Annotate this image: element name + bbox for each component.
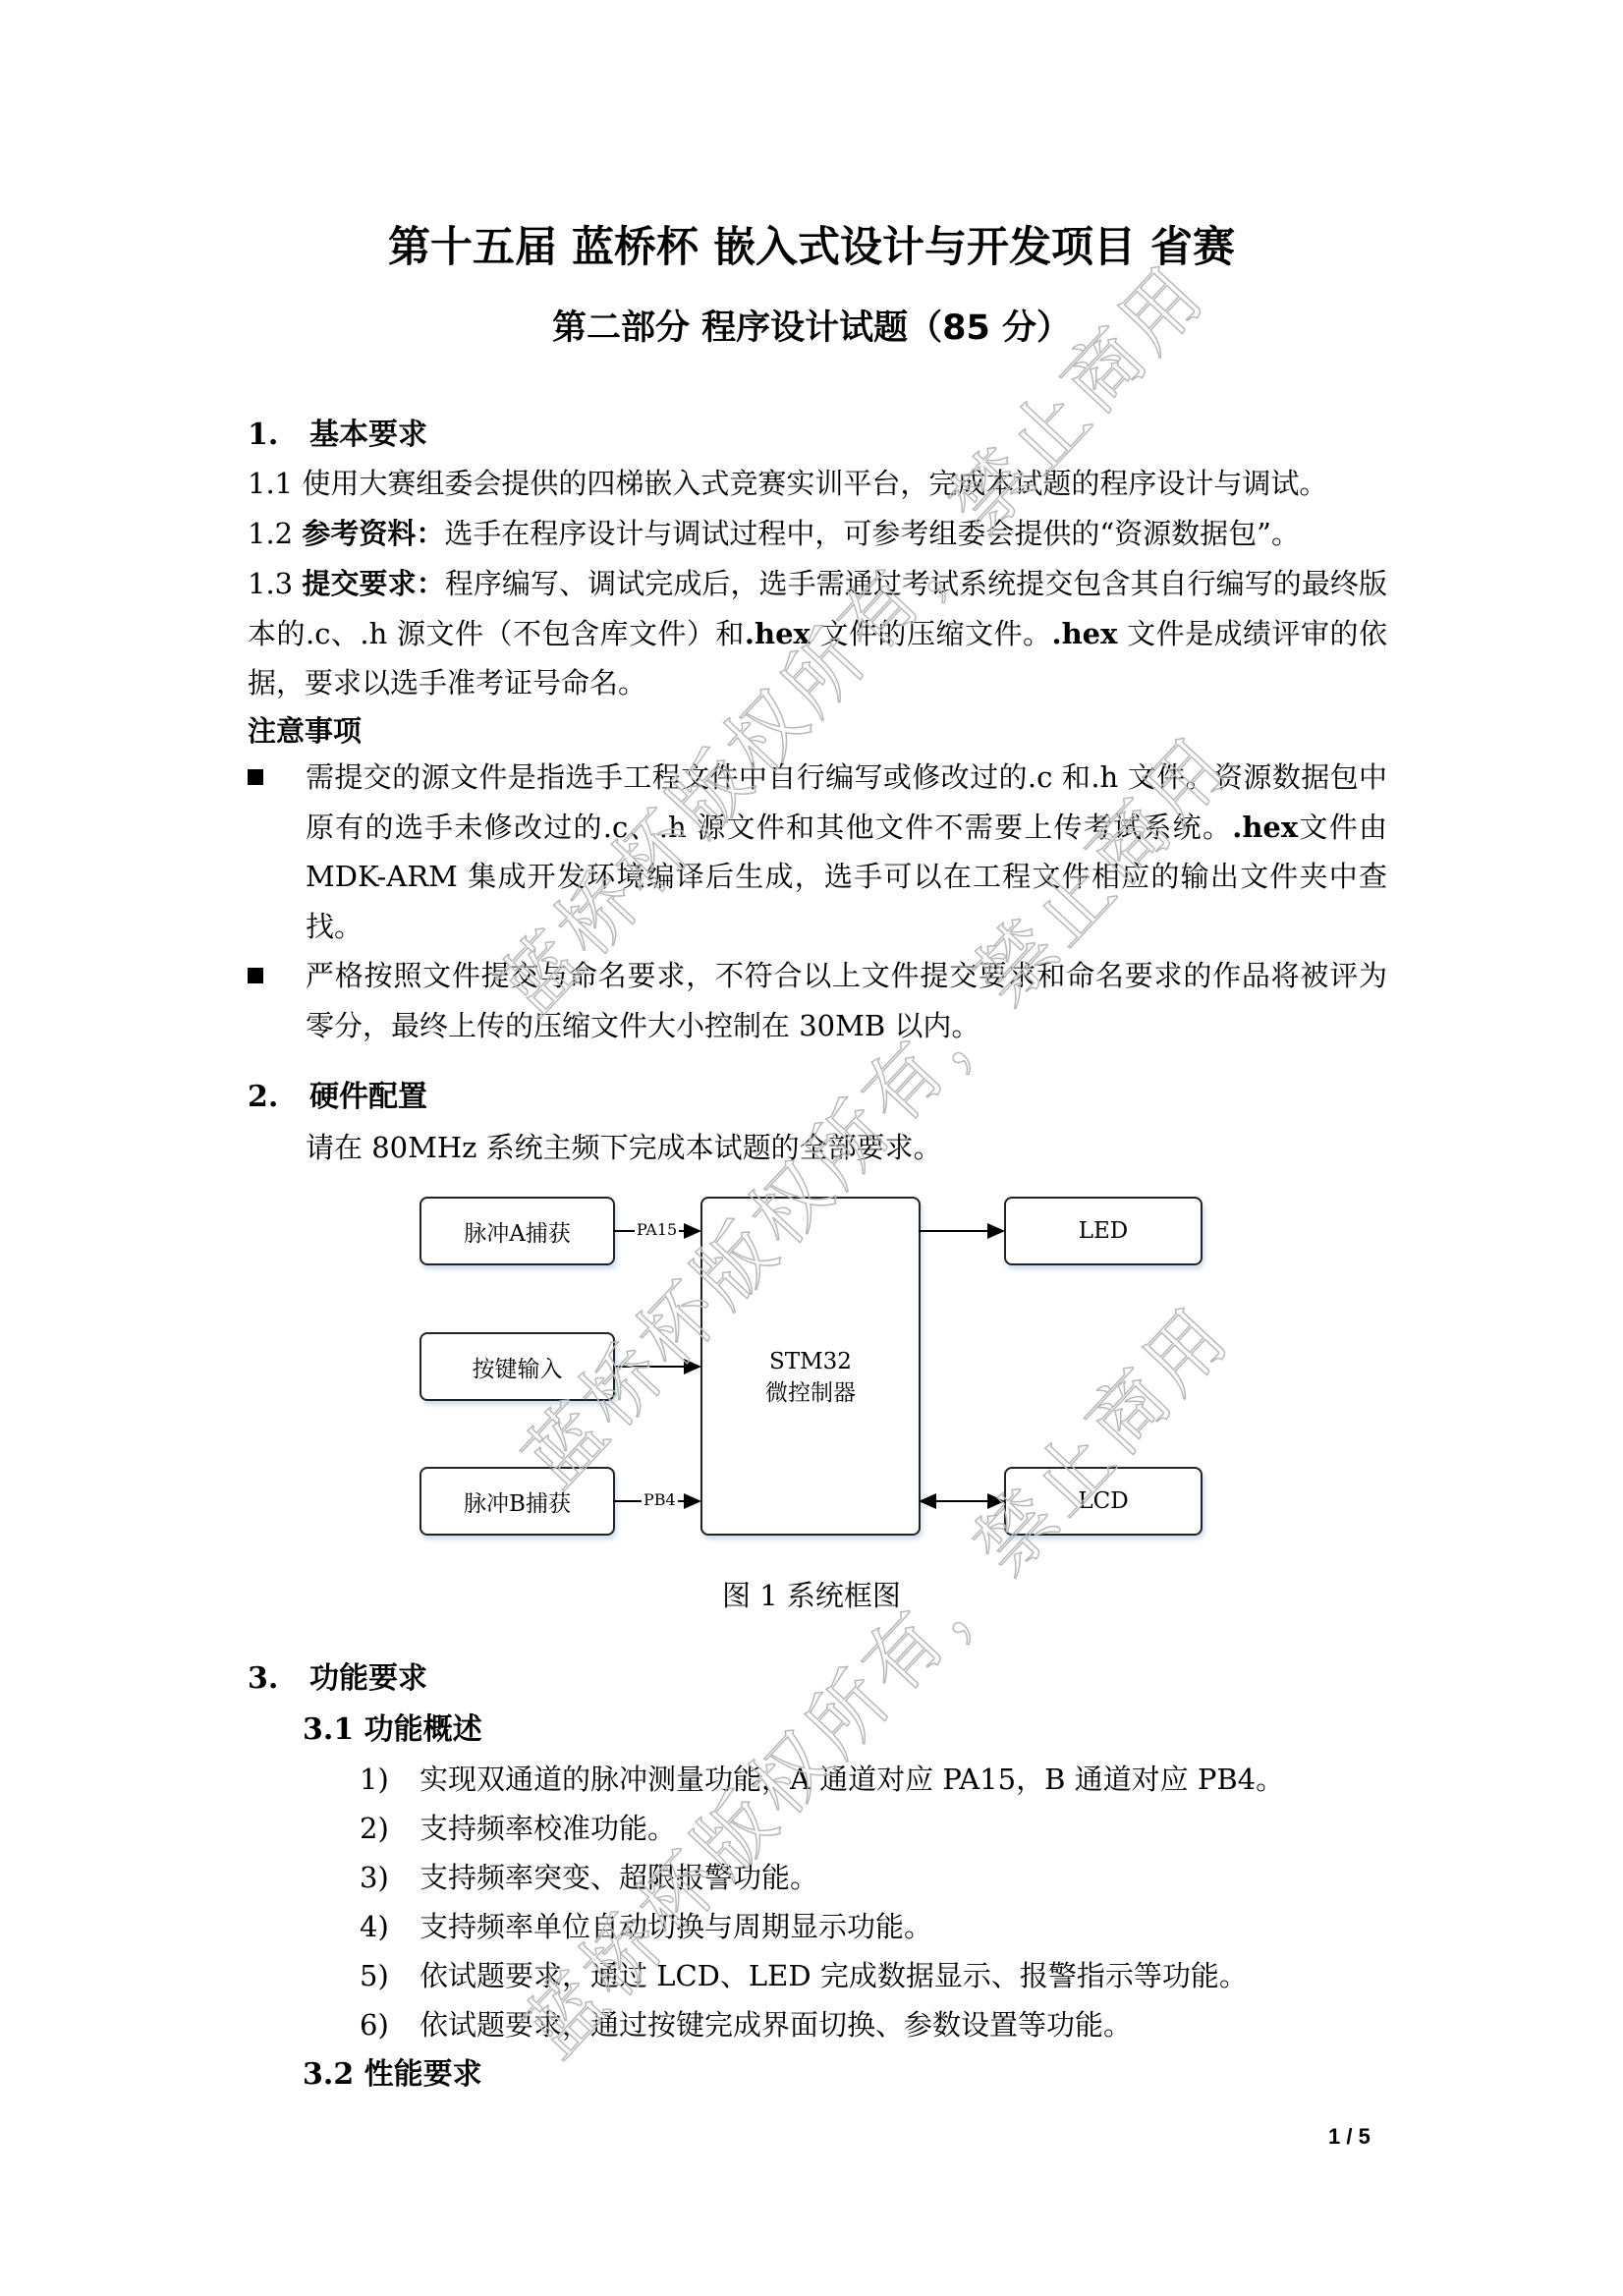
item-number: 1) — [360, 1755, 420, 1804]
note-text-part: 需提交的源文件是指选手工程文件中自行编写或修改过的.c 和.h 文件。资源数据包… — [306, 760, 1387, 844]
page-number: 1 / 5 — [1328, 2124, 1371, 2150]
arrow-left-icon — [919, 1493, 936, 1509]
led-block: LED — [1004, 1197, 1203, 1265]
item-number: 3) — [360, 1853, 420, 1902]
item-number: 6) — [360, 2000, 420, 2049]
hex-extension: .hex — [745, 617, 811, 650]
document-subtitle: 第二部分 程序设计试题（85 分） — [0, 301, 1623, 350]
square-bullet-icon — [248, 769, 263, 785]
arrow-right-icon — [684, 1493, 701, 1509]
section-number: 2. — [248, 1073, 309, 1122]
item-text: 依试题要求，通过按键完成界面切换、参数设置等功能。 — [420, 2008, 1132, 2042]
arrow-right-icon — [684, 1359, 701, 1374]
section-title: 基本要求 — [309, 418, 427, 452]
paragraph-1-1: 1.1 使用大赛组委会提供的四梯嵌入式竞赛实训平台，完成本试题的程序设计与调试。 — [248, 459, 1387, 509]
item-number: 2) — [360, 1804, 420, 1853]
arrow-right-icon — [684, 1223, 701, 1239]
paragraph-1-2: 1.2 参考资料：选手在程序设计与调试过程中，可参考组委会提供的“资源数据包”。 — [248, 509, 1387, 559]
feature-list-item: 4)支持频率单位自动切换与周期显示功能。 — [360, 1902, 932, 1951]
document-page: 第十五届 蓝桥杯 嵌入式设计与开发项目 省赛 第二部分 程序设计试题（85 分）… — [0, 0, 1623, 2296]
section-title: 功能要求 — [309, 1661, 427, 1696]
mcu-label-line1: STM32 — [702, 1346, 919, 1377]
paragraph-prefix: 1.2 — [248, 517, 302, 550]
item-number: 5) — [360, 1951, 420, 2000]
hex-extension: .hex — [1051, 617, 1117, 650]
paragraph-bold-label: 提交要求： — [302, 567, 444, 600]
connector-led — [919, 1230, 989, 1232]
arrow-right-icon — [987, 1223, 1005, 1239]
mcu-label: STM32 微控制器 — [702, 1346, 919, 1409]
section-3-heading: 3.功能要求 — [248, 1654, 427, 1704]
feature-list-item: 6)依试题要求，通过按键完成界面切换、参数设置等功能。 — [360, 2000, 1132, 2049]
paragraph-prefix: 1.3 — [248, 567, 302, 600]
item-text: 支持频率校准功能。 — [420, 1812, 676, 1845]
feature-list-item: 3)支持频率突变、超限报警功能。 — [360, 1853, 818, 1902]
paragraph-text: 选手在程序设计与调试过程中，可参考组委会提供的“资源数据包”。 — [444, 517, 1300, 550]
item-text: 支持频率单位自动切换与周期显示功能。 — [420, 1910, 932, 1943]
notes-heading: 注意事项 — [248, 706, 362, 756]
section-1-heading: 1.基本要求 — [248, 411, 427, 460]
feature-list-item: 5)依试题要求，通过 LCD、LED 完成数据显示、报警指示等功能。 — [360, 1951, 1248, 2000]
hex-extension: .hex — [1232, 811, 1298, 844]
arrow-right-icon — [987, 1493, 1005, 1509]
item-number: 4) — [360, 1902, 420, 1951]
pin-label-pb4: PB4 — [642, 1491, 678, 1509]
hardware-paragraph: 请在 80MHz 系统主频下完成本试题的全部要求。 — [306, 1123, 942, 1172]
note-bullet-2: 严格按照文件提交与命名要求，不符合以上文件提交要求和命名要求的作品将被评为零分，… — [248, 951, 1387, 1050]
lcd-block: LCD — [1004, 1467, 1203, 1536]
paragraph-text: 文件的压缩文件。 — [811, 617, 1052, 650]
section-number: 1. — [248, 411, 309, 460]
item-text: 支持频率突变、超限报警功能。 — [420, 1861, 818, 1894]
stm32-mcu-block: STM32 微控制器 — [700, 1197, 921, 1536]
section-title: 硬件配置 — [309, 1080, 427, 1114]
pulse-b-capture-block: 脉冲B捕获 — [420, 1467, 615, 1536]
note-text: 严格按照文件提交与命名要求，不符合以上文件提交要求和命名要求的作品将被评为零分，… — [306, 951, 1387, 1050]
note-text: 需提交的源文件是指选手工程文件中自行编写或修改过的.c 和.h 文件。资源数据包… — [306, 753, 1387, 951]
paragraph-bold-label: 参考资料： — [302, 517, 444, 550]
item-text: 依试题要求，通过 LCD、LED 完成数据显示、报警指示等功能。 — [420, 1959, 1248, 1992]
item-text: 实现双通道的脉冲测量功能，A 通道对应 PA15，B 通道对应 PB4。 — [420, 1763, 1284, 1796]
key-input-block: 按键输入 — [420, 1332, 615, 1401]
subsection-3-1-heading: 3.1 功能概述 — [303, 1706, 482, 1755]
section-2-heading: 2.硬件配置 — [248, 1073, 427, 1122]
note-bullet-1: 需提交的源文件是指选手工程文件中自行编写或修改过的.c 和.h 文件。资源数据包… — [248, 753, 1387, 951]
paragraph-1-3: 1.3 提交要求：程序编写、调试完成后，选手需通过考试系统提交包含其自行编写的最… — [248, 559, 1387, 708]
pin-label-pa15: PA15 — [635, 1221, 679, 1239]
connector-lcd — [933, 1500, 990, 1502]
pulse-a-capture-block: 脉冲A捕获 — [420, 1197, 615, 1265]
subsection-3-2-heading: 3.2 性能要求 — [303, 2050, 482, 2100]
figure-caption: 图 1 系统框图 — [0, 1576, 1623, 1615]
connector-keys — [613, 1366, 686, 1368]
feature-list-item: 2)支持频率校准功能。 — [360, 1804, 676, 1853]
feature-list-item: 1)实现双通道的脉冲测量功能，A 通道对应 PA15，B 通道对应 PB4。 — [360, 1755, 1284, 1804]
square-bullet-icon — [248, 968, 263, 983]
section-number: 3. — [248, 1654, 309, 1704]
mcu-label-line2: 微控制器 — [702, 1377, 919, 1409]
document-title: 第十五届 蓝桥杯 嵌入式设计与开发项目 省赛 — [0, 214, 1623, 274]
